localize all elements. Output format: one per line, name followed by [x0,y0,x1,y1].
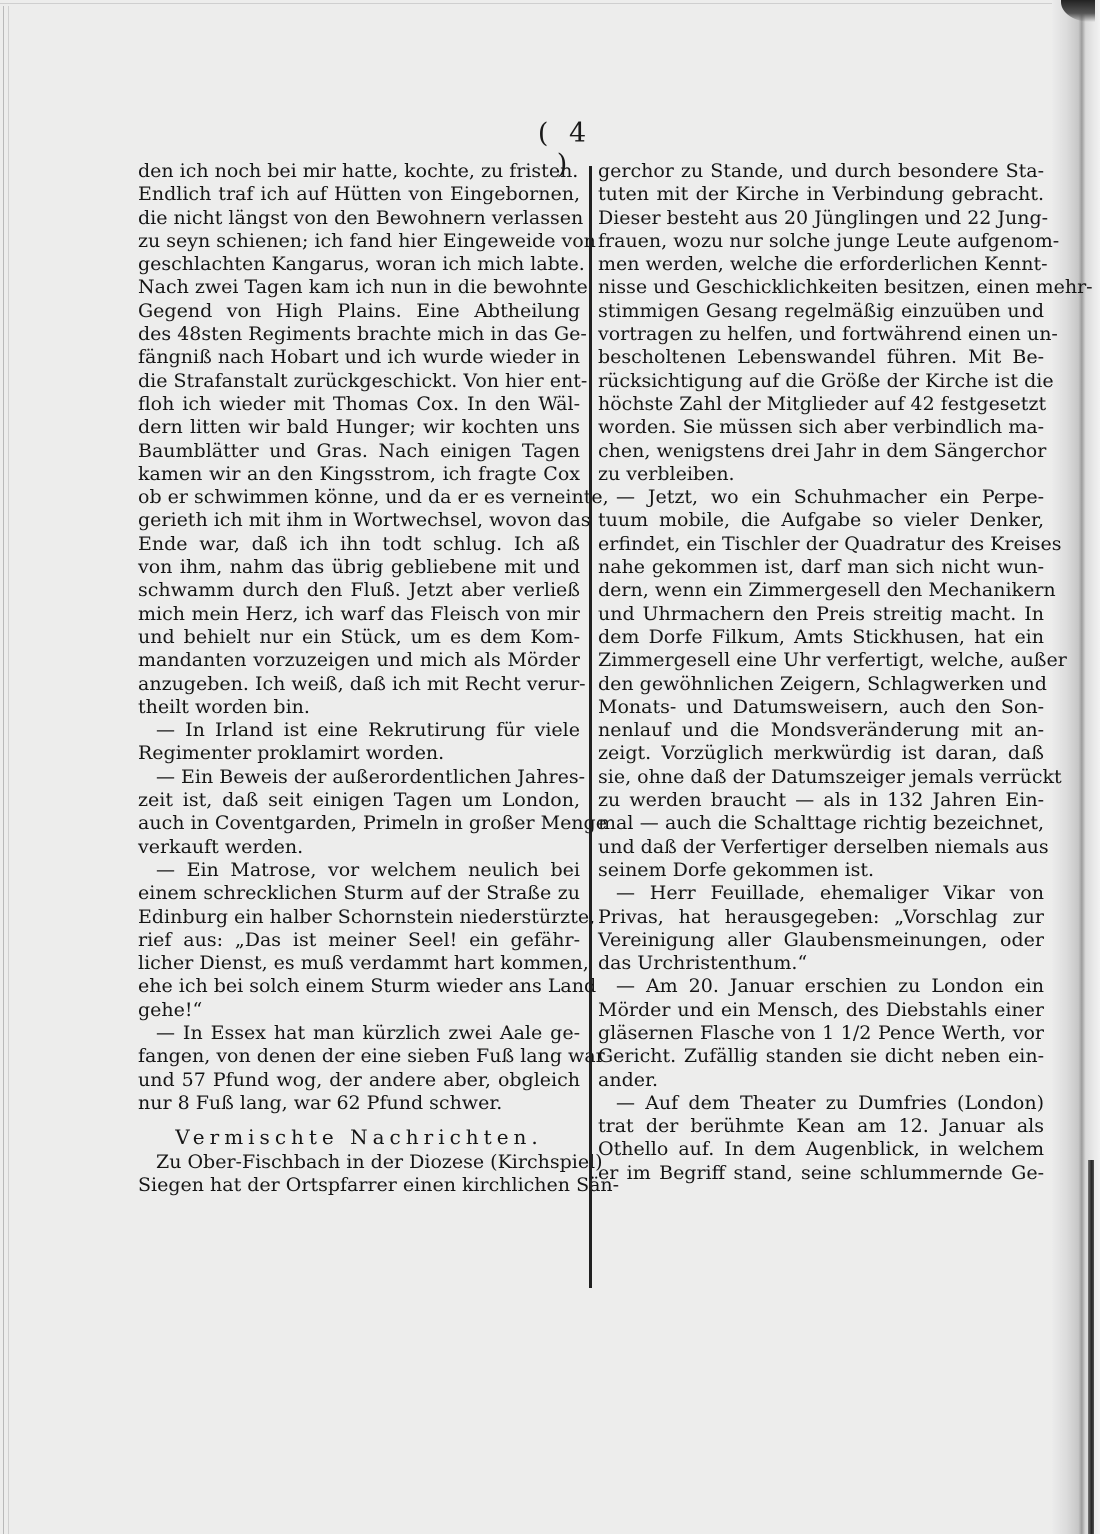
text-line: Edinburg ein halber Schornstein niederst… [138,906,580,929]
text-line: zeit ist, daß seit einigen Tagen um Lond… [138,789,580,812]
text-line: vortragen zu helfen, und fortwährend ein… [598,323,1044,346]
text-line: Dieser besteht aus 20 Jünglingen und 22 … [598,207,1044,230]
text-line: gerieth ich mit ihm in Wortwechsel, wovo… [138,509,580,532]
right-column-body: gerchor zu Stande, und durch besondere S… [598,160,1044,1185]
text-line: schwamm durch den Fluß. Jetzt aber verli… [138,579,580,602]
text-line: ob er schwimmen könne, und da er es vern… [138,486,580,509]
text-line: Gegend von High Plains. Eine Abtheilung [138,300,580,323]
text-line: erfindet, ein Tischler der Quadratur des… [598,533,1044,556]
text-line: chen, wenigstens drei Jahr in dem Sänger… [598,440,1044,463]
text-line: einem schrecklichen Sturm auf der Straße… [138,882,580,905]
text-line: nisse und Geschicklichkeiten besitzen, e… [598,276,1044,299]
text-line: worden. Sie müssen sich aber verbindlich… [598,416,1044,439]
text-line: stimmigen Gesang regelmäßig einzuüben un… [598,300,1044,323]
text-line: — In Irland ist eine Rekrutirung für vie… [138,719,580,742]
column-divider-rule [589,166,592,1288]
text-line: — Jetzt, wo ein Schuhmacher ein Perpe- [598,486,1044,509]
left-column-body: den ich noch bei mir hatte, kochte, zu f… [138,160,580,1115]
text-line: Endlich traf ich auf Hütten von Eingebor… [138,183,580,206]
spine-dark-edge-bottom [1088,1160,1094,1534]
text-line: er im Begriff stand, seine schlummernde … [598,1162,1044,1185]
text-line: mal — auch die Schalttage richtig bezeic… [598,812,1044,835]
left-column: den ich noch bei mir hatte, kochte, zu f… [138,160,580,1198]
text-line: tuum mobile, die Aufgabe so vieler Denke… [598,509,1044,532]
text-line: Othello auf. In dem Augenblick, in welch… [598,1138,1044,1161]
text-line: — Ein Matrose, vor welchem neulich bei [138,859,580,882]
text-line: verkauft werden. [138,836,580,859]
text-line: tuten mit der Kirche in Verbindung gebra… [598,183,1044,206]
text-line: kamen wir an den Kingsstrom, ich fragte … [138,463,580,486]
text-line: — Ein Beweis der außerordentlichen Jahre… [138,766,580,789]
text-line: Vereinigung aller Glaubensmeinungen, ode… [598,929,1044,952]
text-line: — Auf dem Theater zu Dumfries (London) [598,1092,1044,1115]
page-top-edge [0,3,1060,4]
text-line: und behielt nur ein Stück, um es dem Kom… [138,626,580,649]
text-line: dem Dorfe Filkum, Amts Stickhusen, hat e… [598,626,1044,649]
text-line: rief aus: „Das ist meiner Seel! ein gefä… [138,929,580,952]
text-line: theilt worden bin. [138,696,580,719]
text-line: zeigt. Vorzüglich merkwürdig ist daran, … [598,742,1044,765]
text-line: zu seyn schienen; ich fand hier Eingewei… [138,230,580,253]
text-line: dern, wenn ein Zimmergesell den Mechanik… [598,579,1044,602]
text-line: und Uhrmachern den Preis streitig macht.… [598,603,1044,626]
text-line: Zu Ober-Fischbach in der Diozese (Kirchs… [138,1151,580,1174]
left-column-after-heading: Zu Ober-Fischbach in der Diozese (Kirchs… [138,1151,580,1198]
text-line: das Urchristenthum.“ [598,952,1044,975]
text-line: Baumblätter und Gras. Nach einigen Tagen [138,440,580,463]
text-line: men werden, welche die erforderlichen Ke… [598,253,1044,276]
page-left-edge [3,6,9,1534]
text-line: seinem Dorfe gekommen ist. [598,859,1044,882]
text-line: die nicht längst von den Bewohnern verla… [138,207,580,230]
text-line: floh ich wieder mit Thomas Cox. In den W… [138,393,580,416]
text-line: gehe!“ [138,999,580,1022]
text-line: den gewöhnlichen Zeigern, Schlagwerken u… [598,673,1044,696]
scanned-page: ( 4 ) den ich noch bei mir hatte, kochte… [0,0,1100,1534]
text-line: rücksichtigung auf die Größe der Kirche … [598,370,1044,393]
text-line: — Am 20. Januar erschien zu London ein [598,975,1044,998]
text-line: gerchor zu Stande, und durch besondere S… [598,160,1044,183]
text-line: trat der berühmte Kean am 12. Januar als [598,1115,1044,1138]
text-line: Ende war, daß ich ihn todt schlug. Ich a… [138,533,580,556]
text-line: den ich noch bei mir hatte, kochte, zu f… [138,160,580,183]
text-line: von ihm, nahm das übrig gebliebene mit u… [138,556,580,579]
text-line: mich mein Herz, ich warf das Fleisch von… [138,603,580,626]
text-line: fangen, von denen der eine sieben Fuß la… [138,1045,580,1068]
text-line: mandanten vorzuzeigen und mich als Mörde… [138,649,580,672]
text-line: bescholtenen Lebenswandel führen. Mit Be… [598,346,1044,369]
text-line: ander. [598,1069,1044,1092]
text-line: zu verbleiben. [598,463,1044,486]
text-line: Monats- und Datumsweisern, auch den Son- [598,696,1044,719]
text-line: höchste Zahl der Mitglieder auf 42 festg… [598,393,1044,416]
text-line: ehe ich bei solch einem Sturm wieder ans… [138,975,580,998]
text-line: Regimenter proklamirt worden. [138,742,580,765]
text-line: Nach zwei Tagen kam ich nun in die bewoh… [138,276,580,299]
text-line: dern litten wir bald Hunger; wir kochten… [138,416,580,439]
text-line: nahe gekommen ist, darf man sich nicht w… [598,556,1044,579]
text-line: gläsernen Flasche von 1 1/2 Pence Werth,… [598,1022,1044,1045]
text-line: des 48sten Regiments brachte mich in das… [138,323,580,346]
right-column: gerchor zu Stande, und durch besondere S… [598,160,1044,1185]
text-line: geschlachten Kangarus, woran ich mich la… [138,253,580,276]
text-line: — Herr Feuillade, ehemaliger Vikar von [598,882,1044,905]
text-line: sie, ohne daß der Datumszeiger jemals ve… [598,766,1044,789]
text-line: — In Essex hat man kürzlich zwei Aale ge… [138,1022,580,1045]
text-line: Siegen hat der Ortspfarrer einen kirchli… [138,1174,580,1197]
text-line: licher Dienst, es muß verdammt hart komm… [138,952,580,975]
text-line: fängniß nach Hobart und ich wurde wieder… [138,346,580,369]
section-heading: Vermischte Nachrichten. [138,1115,580,1151]
text-line: nenlauf und die Mondsveränderung mit an- [598,719,1044,742]
text-line: die Strafanstalt zurückgeschickt. Von hi… [138,370,580,393]
text-line: und daß der Verfertiger derselben niemal… [598,836,1044,859]
text-line: frauen, wozu nur solche junge Leute aufg… [598,230,1044,253]
text-line: anzugeben. Ich weiß, daß ich mit Recht v… [138,673,580,696]
text-line: und 57 Pfund wog, der andere aber, obgle… [138,1069,580,1092]
text-line: Gericht. Zufällig standen sie dicht nebe… [598,1045,1044,1068]
text-line: Zimmergesell eine Uhr verfertigt, welche… [598,649,1044,672]
text-line: Privas, hat herausgegeben: „Vorschlag zu… [598,906,1044,929]
text-line: Mörder und ein Mensch, des Diebstahls ei… [598,999,1044,1022]
text-line: nur 8 Fuß lang, war 62 Pfund schwer. [138,1092,580,1115]
text-line: zu werden braucht — als in 132 Jahren Ei… [598,789,1044,812]
text-line: auch in Coventgarden, Primeln in großer … [138,812,580,835]
